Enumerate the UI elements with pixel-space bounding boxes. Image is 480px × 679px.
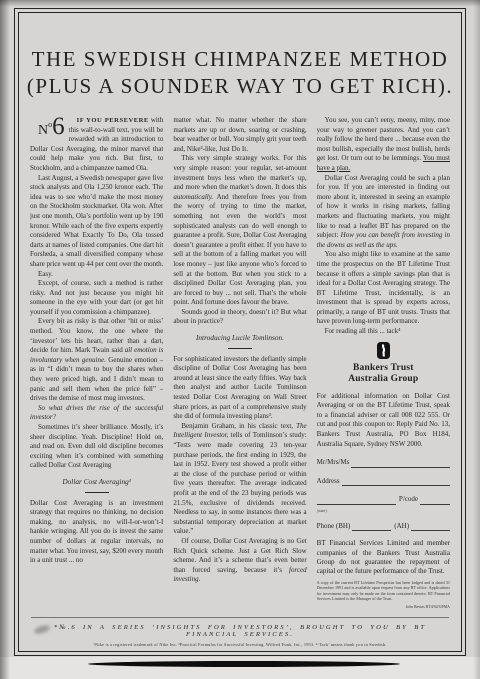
ad-inner-border: THE SWEDISH CHIMPANZEE METHOD (PLUS A SO… [18, 12, 462, 652]
title-line-2: (PLUS A SOUNDER WAY TO GET RICH). [19, 73, 461, 100]
address-input-line[interactable] [342, 479, 450, 486]
brand-block: Bankers Trust Australia Group [317, 342, 450, 386]
series-number-badge: No6 [30, 116, 69, 138]
coupon-name-row: Mr/Mrs/Ms [317, 458, 450, 468]
phone-bh-input-line[interactable] [352, 524, 391, 531]
footer-rule [31, 617, 449, 618]
column2-paragraphs: matter what. No matter whether the share… [173, 116, 306, 327]
paragraph: Last August, a Swedish newspaper gave fi… [30, 174, 163, 270]
state-hint: (state) [317, 506, 450, 516]
column2-paragraphs-2: For sophisticated investors the defiantl… [173, 355, 306, 585]
paragraph: For reading all this ... tack⁴ [317, 327, 450, 337]
edge-shadow-top [0, 0, 480, 7]
name-input-line[interactable] [351, 461, 450, 468]
paragraph: This very simple strategy works. For thi… [173, 154, 306, 308]
column1-paragraphs-2: Dollar Cost Averaging is an investment s… [30, 499, 163, 566]
name-label: Mr/Mrs/Ms [317, 458, 350, 468]
disclaimer-text: BT Financial Services Limited and member… [317, 539, 450, 577]
edge-shadow-left [0, 0, 10, 679]
ad-footer: *№.6 IN A SERIES ‘INSIGHTS FOR INVESTORS… [28, 617, 452, 647]
phone-ah-label: (AH) [394, 522, 409, 532]
section-heading-tomlinson: Introducing Lucile Tomlinson. [173, 333, 306, 343]
series-footer-line: *№.6 IN A SERIES ‘INSIGHTS FOR INVESTORS… [28, 624, 452, 638]
paragraph: Sounds good in theory, doesn’t it? But w… [173, 308, 306, 327]
address-label: Address [317, 477, 340, 487]
column-3: You see, you can’t eeny, meeny, miny, mo… [317, 116, 450, 615]
agency-credit: John Bevins BT4/92/GPMA [317, 603, 450, 613]
column3-paragraphs-2: For additional information on Dollar Cos… [317, 392, 450, 450]
scanned-ad-page: THE SWEDISH CHIMPANZEE METHOD (PLUS A SO… [0, 0, 480, 679]
title-line-1: THE SWEDISH CHIMPANZEE METHOD [19, 46, 461, 73]
paragraph: matter what. No matter whether the share… [173, 116, 306, 154]
body-columns: No6IF YOU PERSEVERE with this wall-to-wa… [30, 116, 450, 615]
coupon-form: Mr/Mrs/Ms Address P/code (state) [317, 458, 450, 531]
column-2: matter what. No matter whether the share… [173, 116, 306, 615]
paragraph: Easy. [30, 270, 163, 280]
paragraph: Of course, Dollar Cost Averaging is no G… [173, 537, 306, 585]
coupon-pcode-row: P/code [317, 495, 450, 505]
heading-rule [228, 348, 252, 349]
coupon-address-row: Address [317, 477, 450, 487]
pcode-label: P/code [399, 495, 418, 505]
paragraph: So what drives the rise of the successfu… [30, 404, 163, 423]
address2-input-line[interactable] [317, 498, 396, 505]
phone-bh-label: Phone (BH) [317, 522, 351, 532]
legal-fine-print: A copy of the current BT Lifetime Prospe… [317, 580, 450, 602]
paragraph: Sometimes it’s sheer brilliance. Mostly,… [30, 423, 163, 471]
footnotes-line: ²Nike is a registered trademark of Nike … [28, 642, 452, 647]
column1-paragraphs: Last August, a Swedish newspaper gave fi… [30, 174, 163, 471]
page-title: THE SWEDISH CHIMPANZEE METHOD (PLUS A SO… [19, 13, 461, 100]
brand-name-line-2: Australia Group [317, 374, 450, 386]
edge-shadow-right [473, 0, 480, 679]
column-1: No6IF YOU PERSEVERE with this wall-to-wa… [30, 116, 163, 615]
heading-rule [85, 492, 109, 493]
coupon-phone-row: Phone (BH) (AH) [317, 522, 450, 532]
paragraph: You see, you can’t eeny, meeny, miny, mo… [317, 116, 450, 174]
paragraph: You also might like to examine at the sa… [317, 250, 450, 327]
paragraph: Every bit as risky is that other ‘hit or… [30, 317, 163, 403]
phone-ah-input-line[interactable] [411, 524, 450, 531]
paragraph: For additional information on Dollar Cos… [317, 392, 450, 450]
paragraph: For sophisticated investors the defiantl… [173, 355, 306, 422]
lead-paragraph: No6IF YOU PERSEVERE with this wall-to-wa… [30, 116, 163, 174]
bt-logo-icon [377, 342, 390, 359]
paragraph: Dollar Cost Averaging is an investment s… [30, 499, 163, 566]
brand-name-line-1: Bankers Trust [317, 363, 450, 375]
paragraph: Benjamin Graham, in his classic text, Th… [173, 422, 306, 537]
ad-outer-border: THE SWEDISH CHIMPANZEE METHOD (PLUS A SO… [14, 8, 466, 656]
lead-small-caps: IF YOU PERSEVERE [77, 117, 149, 124]
section-heading-dca: Dollar Cost Averaging¹ [30, 477, 163, 487]
paragraph: Dollar Cost Averaging could be such a pl… [317, 174, 450, 251]
column3-paragraphs: You see, you can’t eeny, meeny, miny, mo… [317, 116, 450, 337]
bottom-rule-bar [88, 661, 400, 667]
pcode-input-line[interactable] [420, 498, 450, 505]
paragraph: Except, of course, such a method is rath… [30, 279, 163, 317]
